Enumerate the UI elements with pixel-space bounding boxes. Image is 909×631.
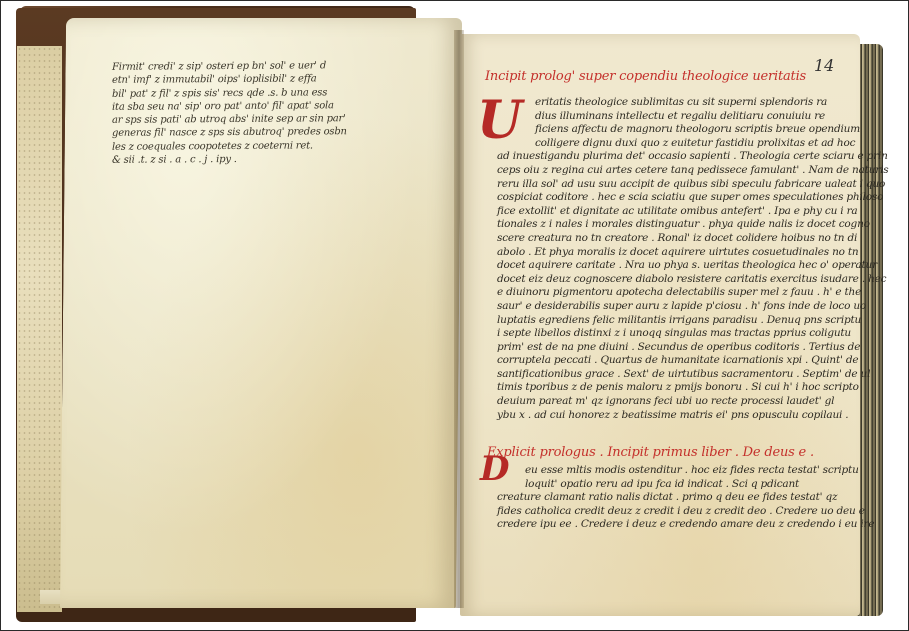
text-line: colligere dignu duxi quo z euitetur fast…	[497, 137, 888, 151]
text-line: etn' imf' z immutabil' oips' ioplisibil'…	[112, 72, 347, 87]
explicit-rubric: Explicit prologus . Incipit primus liber…	[487, 446, 814, 460]
text-line: ad inuestigandu plurima det' occasio sap…	[497, 150, 888, 164]
text-line: & sii .t. z si . a . c . j . ipy .	[112, 152, 347, 167]
text-line: loquit' opatio reru ad ipu fca id indica…	[497, 478, 874, 492]
folio-number: 14	[814, 56, 834, 75]
text-line: reru illa sol' ad usu suu accipit de qui…	[497, 178, 888, 192]
text-line: santificationibus grace . Sext' de uirtu…	[497, 368, 888, 382]
left-page-text: Firmit' credi' z sip' osteri ep bn' sol'…	[112, 59, 347, 167]
text-line: timis tporibus z de penis maloru z pmijs…	[497, 381, 888, 395]
text-line: cospiciat coditore . hec e scia sciatiu …	[497, 191, 888, 205]
text-line: ceps oiu z regina cui artes cetere tanq …	[497, 164, 888, 178]
book-one-text: eu esse mltis modis ostenditur . hoc eiz…	[497, 464, 874, 532]
text-line: saur' e desiderabilis super auru z lapid…	[497, 300, 888, 314]
incipit-rubric: Incipit prolog' super copendiu theologic…	[485, 70, 806, 84]
gutter-spine	[454, 30, 464, 608]
text-line: fice extollit' et dignitate ac utilitate…	[497, 205, 888, 219]
text-line: docet eiz deuz cognoscere diabolo resist…	[497, 273, 888, 287]
text-line: corruptela peccati . Quartus de humanita…	[497, 354, 888, 368]
text-line: abolo . Et phya moralis iz docet aquirer…	[497, 246, 888, 260]
text-line: eritatis theologice sublimitas cu sit su…	[497, 96, 888, 110]
text-line: les z coequales coopotetes z coeterni re…	[112, 139, 347, 154]
text-line: deuium pareat m' qz ignorans feci ubi uo…	[497, 395, 888, 409]
text-line: creature clamant ratio nalis dictat . pr…	[497, 491, 874, 505]
text-line: ybu x . ad cui honorez z beatissime matr…	[497, 409, 888, 423]
text-line: generas fil' nasce z sps sis abutroq' pr…	[112, 126, 347, 141]
text-line: ficiens affectu de magnoru theologoru sc…	[497, 123, 888, 137]
text-line: tionales z i nales i morales distinguatu…	[497, 218, 888, 232]
text-line: luptatis egrediens felic militantis irri…	[497, 314, 888, 328]
text-line: e diuinoru pigmentoru apotecha delectabi…	[497, 286, 888, 300]
text-line: scere creatura no tn creatore . Ronal' i…	[497, 232, 888, 246]
text-line: docet aquirere caritate . Nra uo phya s.…	[497, 259, 888, 273]
text-line: credere ipu ee . Credere i deuz e creden…	[497, 518, 874, 532]
prologue-text: eritatis theologice sublimitas cu sit su…	[497, 96, 888, 422]
text-line: prim' est de na pne diuini . Secundus de…	[497, 341, 888, 355]
text-line: dius illuminans intellectu et regaliu de…	[497, 110, 888, 124]
flyleaf-pastedown	[17, 46, 62, 612]
text-line: fides catholica credit deuz z credit i d…	[497, 505, 874, 519]
text-line: eu esse mltis modis ostenditur . hoc eiz…	[497, 464, 874, 478]
text-line: i septe libellos distinxi z i unoqq sing…	[497, 327, 888, 341]
